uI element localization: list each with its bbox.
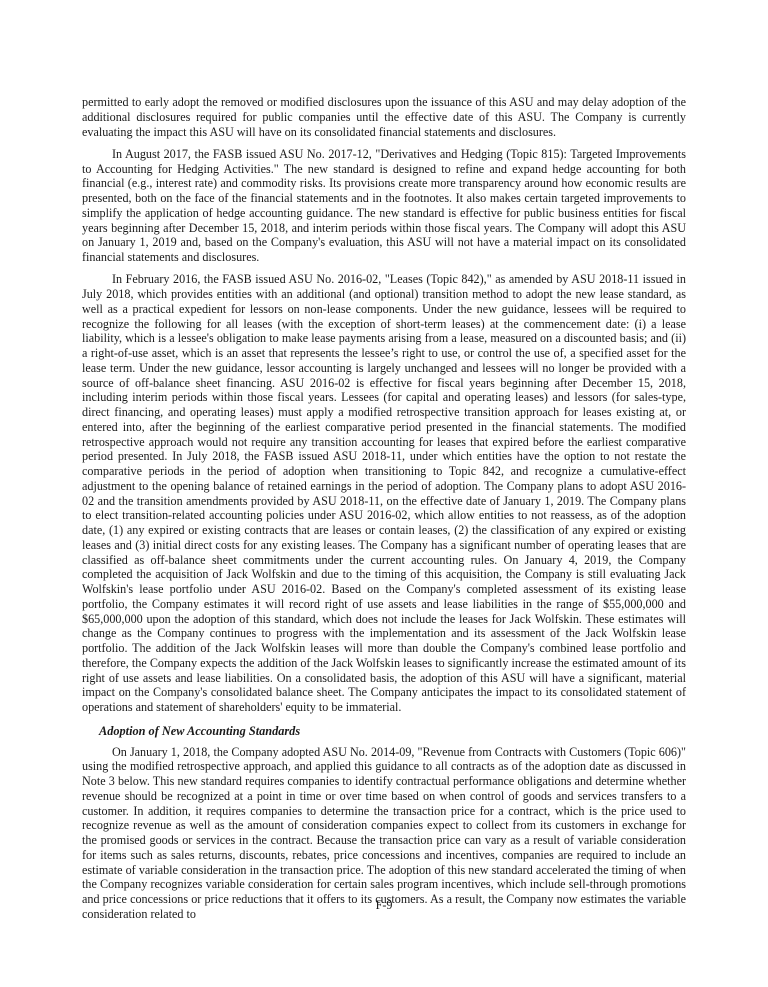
paragraph-asu-2014-09-revenue: On January 1, 2018, the Company adopted … — [82, 745, 686, 922]
paragraph-asu-2017-12: In August 2017, the FASB issued ASU No. … — [82, 147, 686, 265]
paragraph-disclosure-continuation: permitted to early adopt the removed or … — [82, 95, 686, 139]
page-number: F-9 — [0, 898, 768, 912]
section-heading-adoption: Adoption of New Accounting Standards — [99, 724, 686, 739]
paragraph-asu-2016-02-leases: In February 2016, the FASB issued ASU No… — [82, 272, 686, 715]
document-page: permitted to early adopt the removed or … — [82, 95, 686, 929]
